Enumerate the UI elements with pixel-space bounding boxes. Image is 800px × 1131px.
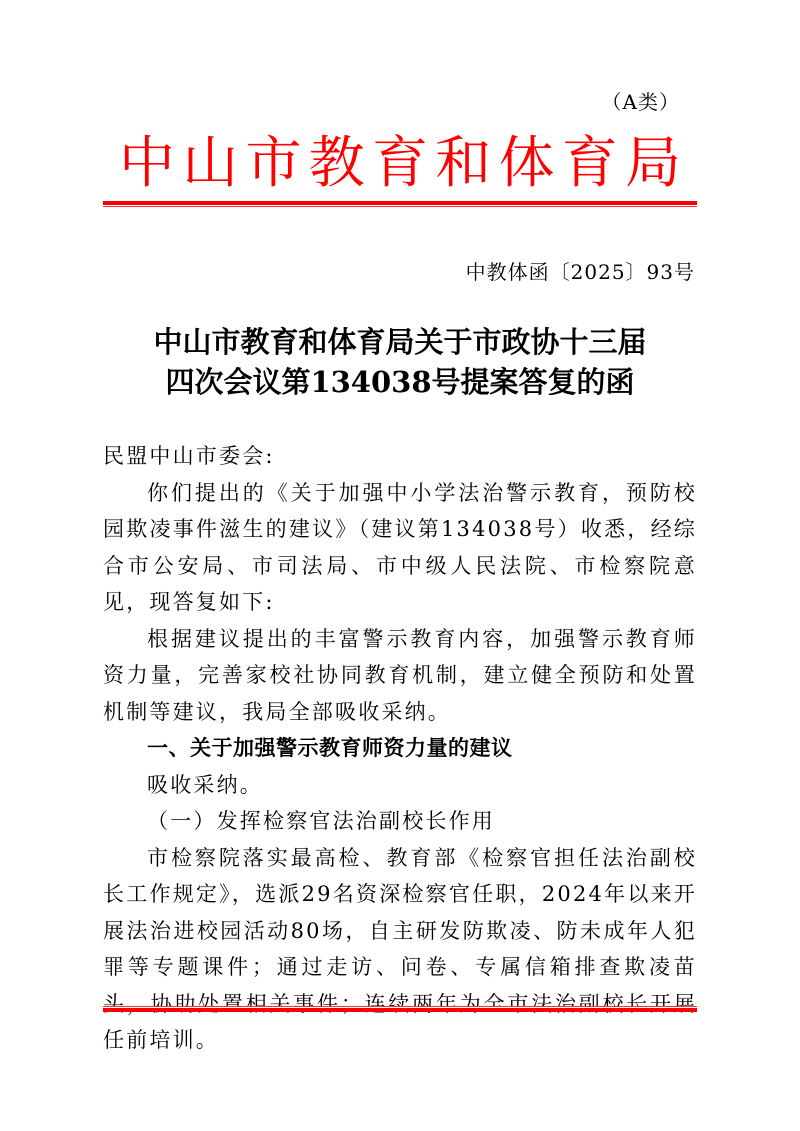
agency-masthead: 中 山 市 教 育 和 体 育 局 xyxy=(103,128,697,200)
masthead-char: 市 xyxy=(246,128,302,200)
footer-divider xyxy=(103,1006,697,1012)
document-number: 中教体函〔2025〕93号 xyxy=(400,256,695,285)
masthead-divider xyxy=(103,201,697,207)
title-line-1: 中山市教育和体育局关于市政协十三届 xyxy=(100,322,700,362)
masthead-char: 局 xyxy=(625,128,681,200)
document-title: 中山市教育和体育局关于市政协十三届 四次会议第134038号提案答复的函 xyxy=(100,322,700,402)
section-heading: 一、关于加强警示教育师资力量的建议 xyxy=(103,730,697,767)
masthead-char: 中 xyxy=(119,128,175,200)
masthead-char: 育 xyxy=(562,128,618,200)
body-paragraph: 你们提出的《关于加强中小学法治警示教育，预防校园欺凌事件滋生的建议》（建议第13… xyxy=(103,475,697,621)
section-status: 吸收采纳。 xyxy=(103,767,697,804)
document-category: （A类） xyxy=(560,86,680,115)
masthead-char: 教 xyxy=(309,128,365,200)
document-body: 民盟中山市委会: 你们提出的《关于加强中小学法治警示教育，预防校园欺凌事件滋生的… xyxy=(103,438,697,1059)
masthead-char: 山 xyxy=(182,128,238,200)
salutation: 民盟中山市委会: xyxy=(103,438,697,475)
masthead-char: 育 xyxy=(372,128,428,200)
title-line-2: 四次会议第134038号提案答复的函 xyxy=(100,362,700,402)
subsection-heading: （一）发挥检察官法治副校长作用 xyxy=(103,803,697,840)
body-paragraph: 根据建议提出的丰富警示教育内容，加强警示教育师资力量，完善家校社协同教育机制，建… xyxy=(103,621,697,731)
masthead-char: 和 xyxy=(435,128,491,200)
masthead-char: 体 xyxy=(499,128,555,200)
subsection-paragraph: 市检察院落实最高检、教育部《检察官担任法治副校长工作规定》，选派29名资深检察官… xyxy=(103,840,697,1059)
